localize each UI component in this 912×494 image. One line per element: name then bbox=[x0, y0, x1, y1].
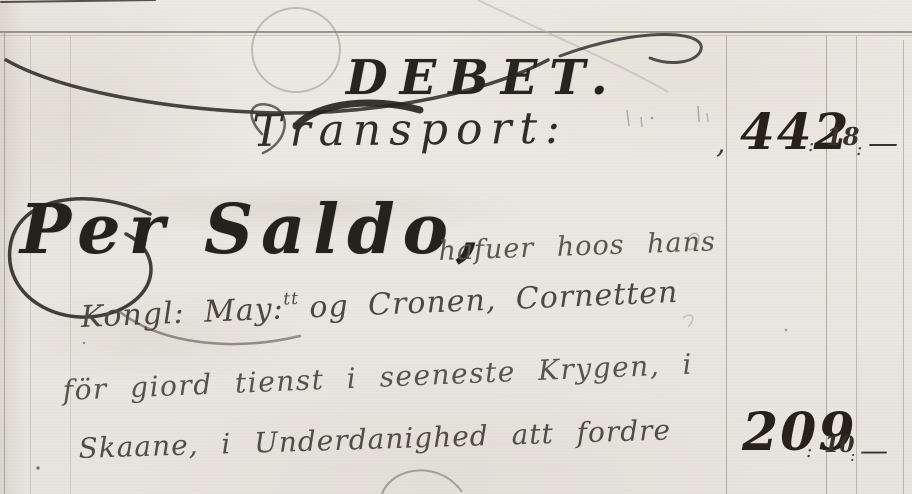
money-column-rule-1 bbox=[726, 36, 727, 494]
transport-label: Transport: bbox=[252, 103, 568, 157]
entry-line-2-post: og Cronen, Cornetten bbox=[309, 275, 679, 325]
entry-amount-colon-2: : bbox=[850, 446, 855, 465]
verso-bleed-mark-2 bbox=[683, 315, 693, 327]
transport-fill-line bbox=[0, 0, 156, 3]
ink-speck-1 bbox=[36, 466, 39, 469]
top-rule-shadow bbox=[0, 35, 912, 36]
next-line-peek-arc bbox=[382, 470, 462, 494]
underline-tick-2 bbox=[641, 117, 642, 127]
top-rule bbox=[0, 31, 912, 33]
transport-amount-colon-2: : bbox=[856, 138, 862, 160]
entry-lead-words: Per Saldo, bbox=[20, 190, 488, 270]
transport-amount-colon-1: : bbox=[808, 134, 814, 156]
transport-amount-runstycken: — bbox=[868, 126, 898, 161]
entry-amount-colon-1: : bbox=[806, 440, 812, 462]
entry-amount-runstycken: — bbox=[860, 434, 888, 467]
transport-comma-mark: , bbox=[716, 126, 726, 161]
entry-line-3: för giord tienst i seeneste Krygen, i bbox=[62, 348, 694, 407]
debet-d-loop-flourish bbox=[252, 8, 340, 92]
entry-line-4: Skaane, i Underdanighed att fordre bbox=[78, 413, 672, 465]
money-column-rule-4 bbox=[903, 40, 904, 494]
underline-tick-4 bbox=[707, 113, 708, 122]
ink-speck-3 bbox=[651, 117, 654, 120]
entry-line-2-superscript: tt bbox=[283, 289, 299, 310]
manuscript-page: DEBET. Transport: , 442 : 18 : — Per Sal… bbox=[0, 0, 912, 494]
entry-line-2-pre: Kongl: May: bbox=[80, 291, 284, 334]
ink-speck-4 bbox=[785, 329, 788, 332]
ink-speck-2 bbox=[83, 342, 85, 344]
entry-line-2: Kongl: May:ttog Cronen, Cornetten bbox=[80, 273, 679, 335]
transport-amount-skilling: 18 bbox=[826, 122, 859, 151]
underline-tick-1 bbox=[627, 110, 629, 126]
page-title: DEBET. bbox=[346, 50, 620, 106]
left-border-rule bbox=[4, 32, 5, 494]
underline-tick-3 bbox=[698, 106, 699, 122]
